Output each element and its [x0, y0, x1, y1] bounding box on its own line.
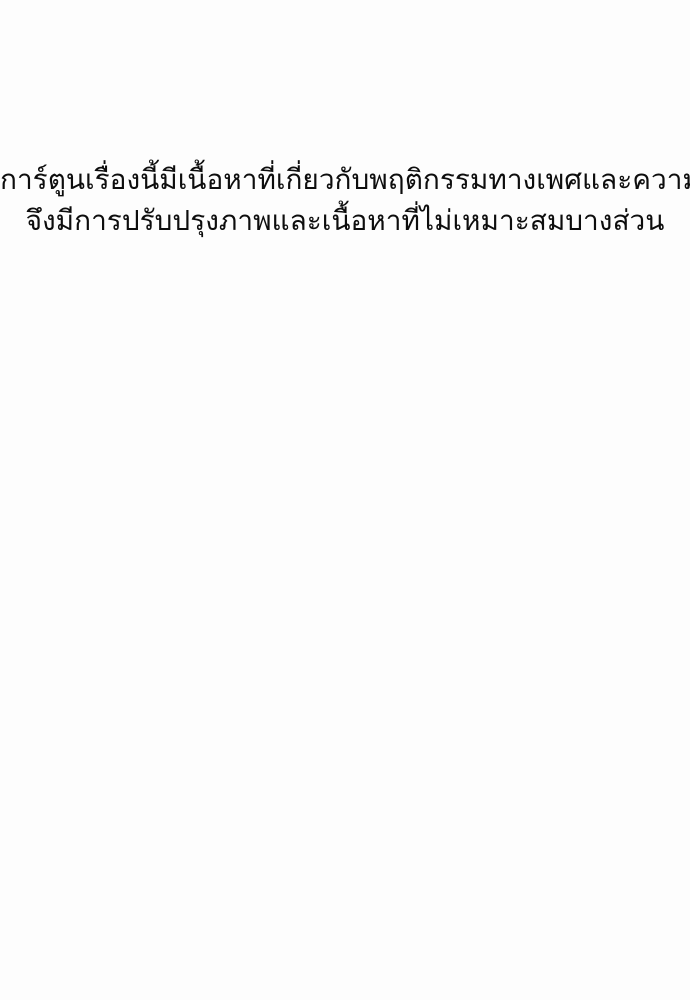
- content-warning-notice: การ์ตูนเรื่องนี้มีเนื้อหาที่เกี่ยวกับพฤต…: [0, 160, 690, 243]
- content-warning-line-1: การ์ตูนเรื่องนี้มีเนื้อหาที่เกี่ยวกับพฤต…: [0, 160, 690, 201]
- content-warning-line-2: จึงมีการปรับปรุงภาพและเนื้อหาที่ไม่เหมาะ…: [0, 201, 690, 242]
- comic-page: การ์ตูนเรื่องนี้มีเนื้อหาที่เกี่ยวกับพฤต…: [0, 0, 690, 1000]
